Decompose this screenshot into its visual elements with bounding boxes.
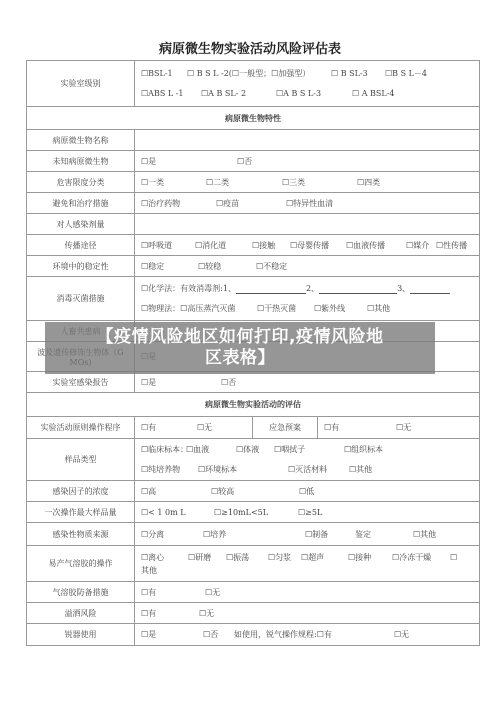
label-lab-infection: 实验室感染报告 xyxy=(27,372,135,393)
label-lab-level: 实验室级别 xyxy=(27,61,135,107)
label-sharps: 锐器使用 xyxy=(27,624,135,646)
overlay-line-2: 区表格】 xyxy=(205,348,275,369)
option-respiratory[interactable]: ☐呼吸道 xyxy=(141,240,195,251)
option-uv[interactable]: ☐紫外线 xyxy=(314,303,367,314)
option-isolation[interactable]: ☐分离 xyxy=(141,529,203,540)
option-vaccine[interactable]: ☐疫苗 xyxy=(216,198,286,209)
label-sample-type: 样品类型 xyxy=(27,439,135,481)
label-hazard-class: 危害限度分类 xyxy=(27,172,135,193)
disinfectant-3-field[interactable] xyxy=(410,284,450,294)
label-aerosol-ops: 易产气溶胶的操作 xyxy=(27,546,135,582)
option-sop-no[interactable]: ☐无 xyxy=(197,422,252,433)
option-pure-culture[interactable]: ☐纯培养物 xyxy=(141,464,198,475)
option-physical-autoclave[interactable]: ☐物理法：☐高压蒸汽灭菌 xyxy=(141,303,257,314)
row-concentration: 感染因子的浓度 ☐高 ☐较高 ☐低 xyxy=(27,481,480,502)
option-protect-yes[interactable]: ☐有 xyxy=(141,587,205,598)
pathogen-name-field[interactable] xyxy=(135,130,480,151)
option-ge-5l[interactable]: ☐≥5L xyxy=(298,508,322,517)
option-inoculate[interactable]: ☐接种 xyxy=(348,552,392,563)
section-title-1: 病原微生物特性 xyxy=(27,107,480,130)
document-title: 病原微生物实验活动风险评估表 xyxy=(0,38,500,57)
option-mother-infant[interactable]: ☐母婴传播 xyxy=(290,240,346,251)
option-class2[interactable]: ☐二类 xyxy=(206,177,282,188)
option-unstable[interactable]: ☐不稳定 xyxy=(256,261,287,272)
row-sample-type: 样品类型 ☐临床标本： ☐血液 ☐体液 ☐咽拭子 ☐组织标本 ☐纯培养物 ☐环境… xyxy=(27,439,480,481)
row-sop: 实验活动原则操作程序 ☐有 ☐无 应急预案 ☐有 ☐无 xyxy=(27,417,480,439)
option-plan-no[interactable]: ☐无 xyxy=(396,422,411,433)
option-fairly-stable[interactable]: ☐较稳 xyxy=(198,261,256,272)
option-fairly-high[interactable]: ☐较高 xyxy=(211,486,299,497)
overlay-line-1: 【疫情风险地区如何打印,疫情风险地 xyxy=(97,327,384,348)
label-concentration: 感染因子的浓度 xyxy=(27,481,135,502)
label-prevention: 避免和治疗措施 xyxy=(27,193,135,214)
label-emergency-plan: 应急预案 xyxy=(252,417,318,438)
option-culture[interactable]: ☐培养 xyxy=(203,529,305,540)
row-unknown-pathogen: 未知病原微生物 ☐是 ☐否 xyxy=(27,151,480,172)
option-vector[interactable]: ☐媒介 xyxy=(406,240,436,251)
label-spill-risk: 溢洒风险 xyxy=(27,603,135,624)
option-class3[interactable]: ☐三类 xyxy=(282,177,357,188)
row-spill-risk: 溢洒风险 ☐有 ☐无 xyxy=(27,603,480,624)
row-infective-dose: 对人感染剂量 xyxy=(27,214,480,235)
option-sharps-yes[interactable]: ☐是 xyxy=(141,629,203,640)
option-bsl4[interactable]: ☐B S L－4 xyxy=(385,68,427,79)
option-sharps-no[interactable]: ☐否 xyxy=(203,629,234,640)
option-drugs[interactable]: ☐治疗药物 xyxy=(141,198,216,209)
label-sop: 实验活动原则操作程序 xyxy=(27,417,135,439)
option-body-fluid[interactable]: ☐体液 xyxy=(236,444,274,455)
label-disinfection: 消毒灭菌措施 xyxy=(27,277,135,321)
option-report-yes[interactable]: ☐是 xyxy=(141,377,221,388)
infective-dose-field[interactable] xyxy=(135,214,480,235)
section-pathogen-characteristics: 病原微生物特性 xyxy=(27,107,480,130)
disinfectant-1-field[interactable] xyxy=(236,284,306,294)
option-inactivated[interactable]: ☐灭活材料 xyxy=(288,464,349,475)
option-centrifuge[interactable]: ☐离心 xyxy=(141,552,188,563)
option-spill-yes[interactable]: ☐有 xyxy=(141,608,199,619)
option-env-sample[interactable]: ☐环境标本 xyxy=(198,464,288,475)
option-absl2[interactable]: ☐A B SL- 2 xyxy=(201,89,276,98)
title-overlay-banner: 【疫情风险地区如何打印,疫情风险地 区表格】 xyxy=(45,322,435,374)
label-pathogen-name: 病原微生物名称 xyxy=(27,130,135,151)
option-spill-no[interactable]: ☐无 xyxy=(199,608,214,619)
option-clinical[interactable]: ☐临床标本： xyxy=(141,444,186,455)
option-other[interactable]: ☐其他 xyxy=(367,303,390,314)
option-sharps-sop-no[interactable]: ☐无 xyxy=(394,629,409,640)
option-high[interactable]: ☐高 xyxy=(141,486,211,497)
row-aerosol-ops: 易产气溶胶的操作 ☐离心 ☐研磨 ☐振荡 ☐匀浆 ☐超声 ☐接种 ☐冷冻干燥 ☐… xyxy=(27,546,480,582)
option-bsl3[interactable]: ☐ B SL-3 xyxy=(331,69,385,78)
label-transmission: 传播途径 xyxy=(27,235,135,256)
row-lab-infection: 实验室感染报告 ☐是 ☐否 xyxy=(27,372,480,393)
option-digestive[interactable]: ☐消化道 xyxy=(195,240,252,251)
option-dry-heat[interactable]: ☐干热灭菌 xyxy=(257,303,314,314)
option-contact[interactable]: ☐接触 xyxy=(252,240,290,251)
option-lt-10ml[interactable]: ☐< 1 0m L xyxy=(141,508,214,517)
option-serum[interactable]: ☐特异性血清 xyxy=(286,198,333,209)
row-stability: 环境中的稳定性 ☐稳定 ☐较稳 ☐不稳定 xyxy=(27,256,480,277)
option-chemical[interactable]: ☐化学法：有效消毒剂:1、 xyxy=(141,283,236,294)
option-sample-other[interactable]: ☐其他 xyxy=(349,464,372,475)
option-protect-no[interactable]: ☐无 xyxy=(205,587,220,598)
row-transmission: 传播途径 ☐呼吸道 ☐消化道 ☐接触 ☐母婴传播 ☐血液传播 ☐媒介 ☐性传播 xyxy=(27,235,480,256)
option-low[interactable]: ☐低 xyxy=(299,486,314,497)
option-source-other[interactable]: ☐其他 xyxy=(413,529,436,540)
option-tissue[interactable]: ☐组织标本 xyxy=(344,444,383,455)
option-sexual[interactable]: ☐性传播 xyxy=(436,240,467,251)
option-freeze-dry[interactable]: ☐冷冻干燥 xyxy=(392,552,450,563)
label-aerosol-other: 其他 xyxy=(141,565,157,576)
option-10ml-5l[interactable]: ☐≥10mL<5L xyxy=(214,508,298,517)
label-unknown-pathogen: 未知病原微生物 xyxy=(27,151,135,172)
option-preparation[interactable]: ☐制备 xyxy=(305,529,355,540)
label-source: 感染性物质来源 xyxy=(27,523,135,546)
option-homogenize[interactable]: ☐匀浆 xyxy=(268,552,301,563)
option-yes[interactable]: ☐是 xyxy=(141,156,237,167)
row-aerosol-protect: 气溶胶防备措施 ☐有 ☐无 xyxy=(27,582,480,603)
option-class1[interactable]: ☐一类 xyxy=(141,177,206,188)
option-absl1[interactable]: ☐ABS L -1 xyxy=(141,89,201,98)
option-blood-sample[interactable]: ☐血液 xyxy=(186,444,236,455)
lab-level-options: ☐BSL-1 ☐ B S L -2(☐一般型；☐加强型） ☐ B SL-3 ☐B… xyxy=(135,61,480,107)
option-report-no[interactable]: ☐否 xyxy=(221,377,236,388)
row-max-volume: 一次操作最大样品量 ☐< 1 0m L ☐≥10mL<5L ☐≥5L xyxy=(27,502,480,523)
label-infective-dose: 对人感染剂量 xyxy=(27,214,135,235)
label-identification: 鉴定 xyxy=(355,529,413,540)
label-aerosol-protect: 气溶胶防备措施 xyxy=(27,582,135,603)
option-stable[interactable]: ☐稳定 xyxy=(141,261,198,272)
option-ultrasound[interactable]: ☐超声 xyxy=(301,552,348,563)
row-pathogen-name: 病原微生物名称 xyxy=(27,130,480,151)
option-absl4[interactable]: ☐ A BSL-4 xyxy=(352,89,395,98)
label-disinfectant-2: 2、 xyxy=(306,283,319,294)
row-sharps: 锐器使用 ☐是 ☐否 如使用，锐气操作规程:☐有 ☐无 xyxy=(27,624,480,646)
option-grinding[interactable]: ☐研磨 xyxy=(188,552,226,563)
row-disinfection: 消毒灭菌措施 ☐化学法：有效消毒剂:1、 2、 3、 ☐物理法：☐高压蒸汽灭菌 … xyxy=(27,277,480,321)
option-shaking[interactable]: ☐振荡 xyxy=(226,552,268,563)
option-bsl2[interactable]: ☐ B S L -2(☐一般型；☐加强型） xyxy=(187,68,331,79)
option-no[interactable]: ☐否 xyxy=(237,156,252,167)
label-disinfectant-3: 3、 xyxy=(397,283,410,294)
row-source: 感染性物质来源 ☐分离 ☐培养 ☐制备 鉴定 ☐其他 xyxy=(27,523,480,546)
label-max-volume: 一次操作最大样品量 xyxy=(27,502,135,523)
row-hazard-class: 危害限度分类 ☐一类 ☐二类 ☐三类 ☐四类 xyxy=(27,172,480,193)
disinfectant-2-field[interactable] xyxy=(319,284,397,294)
option-swab[interactable]: ☐咽拭子 xyxy=(274,444,344,455)
option-bsl1[interactable]: ☐BSL-1 xyxy=(141,69,187,78)
label-stability: 环境中的稳定性 xyxy=(27,256,135,277)
section-activity-assessment: 病原微生物实验活动的评估 xyxy=(27,393,480,417)
row-prevention: 避免和治疗措施 ☐治疗药物 ☐疫苗 ☐特异性血清 xyxy=(27,193,480,214)
option-sop-yes[interactable]: ☐有 xyxy=(135,422,197,433)
option-plan-yes[interactable]: ☐有 xyxy=(318,422,396,433)
option-class4[interactable]: ☐四类 xyxy=(357,177,380,188)
option-sharps-sop-yes[interactable]: 如使用，锐气操作规程:☐有 xyxy=(234,629,394,640)
option-aerosol-other[interactable]: ☐ xyxy=(450,553,457,562)
section-title-2: 病原微生物实验活动的评估 xyxy=(27,393,480,417)
option-blood[interactable]: ☐血液传播 xyxy=(346,240,406,251)
row-lab-level: 实验室级别 ☐BSL-1 ☐ B S L -2(☐一般型；☐加强型） ☐ B S… xyxy=(27,61,480,107)
option-absl3[interactable]: ☐A B S L-3 xyxy=(276,89,352,98)
